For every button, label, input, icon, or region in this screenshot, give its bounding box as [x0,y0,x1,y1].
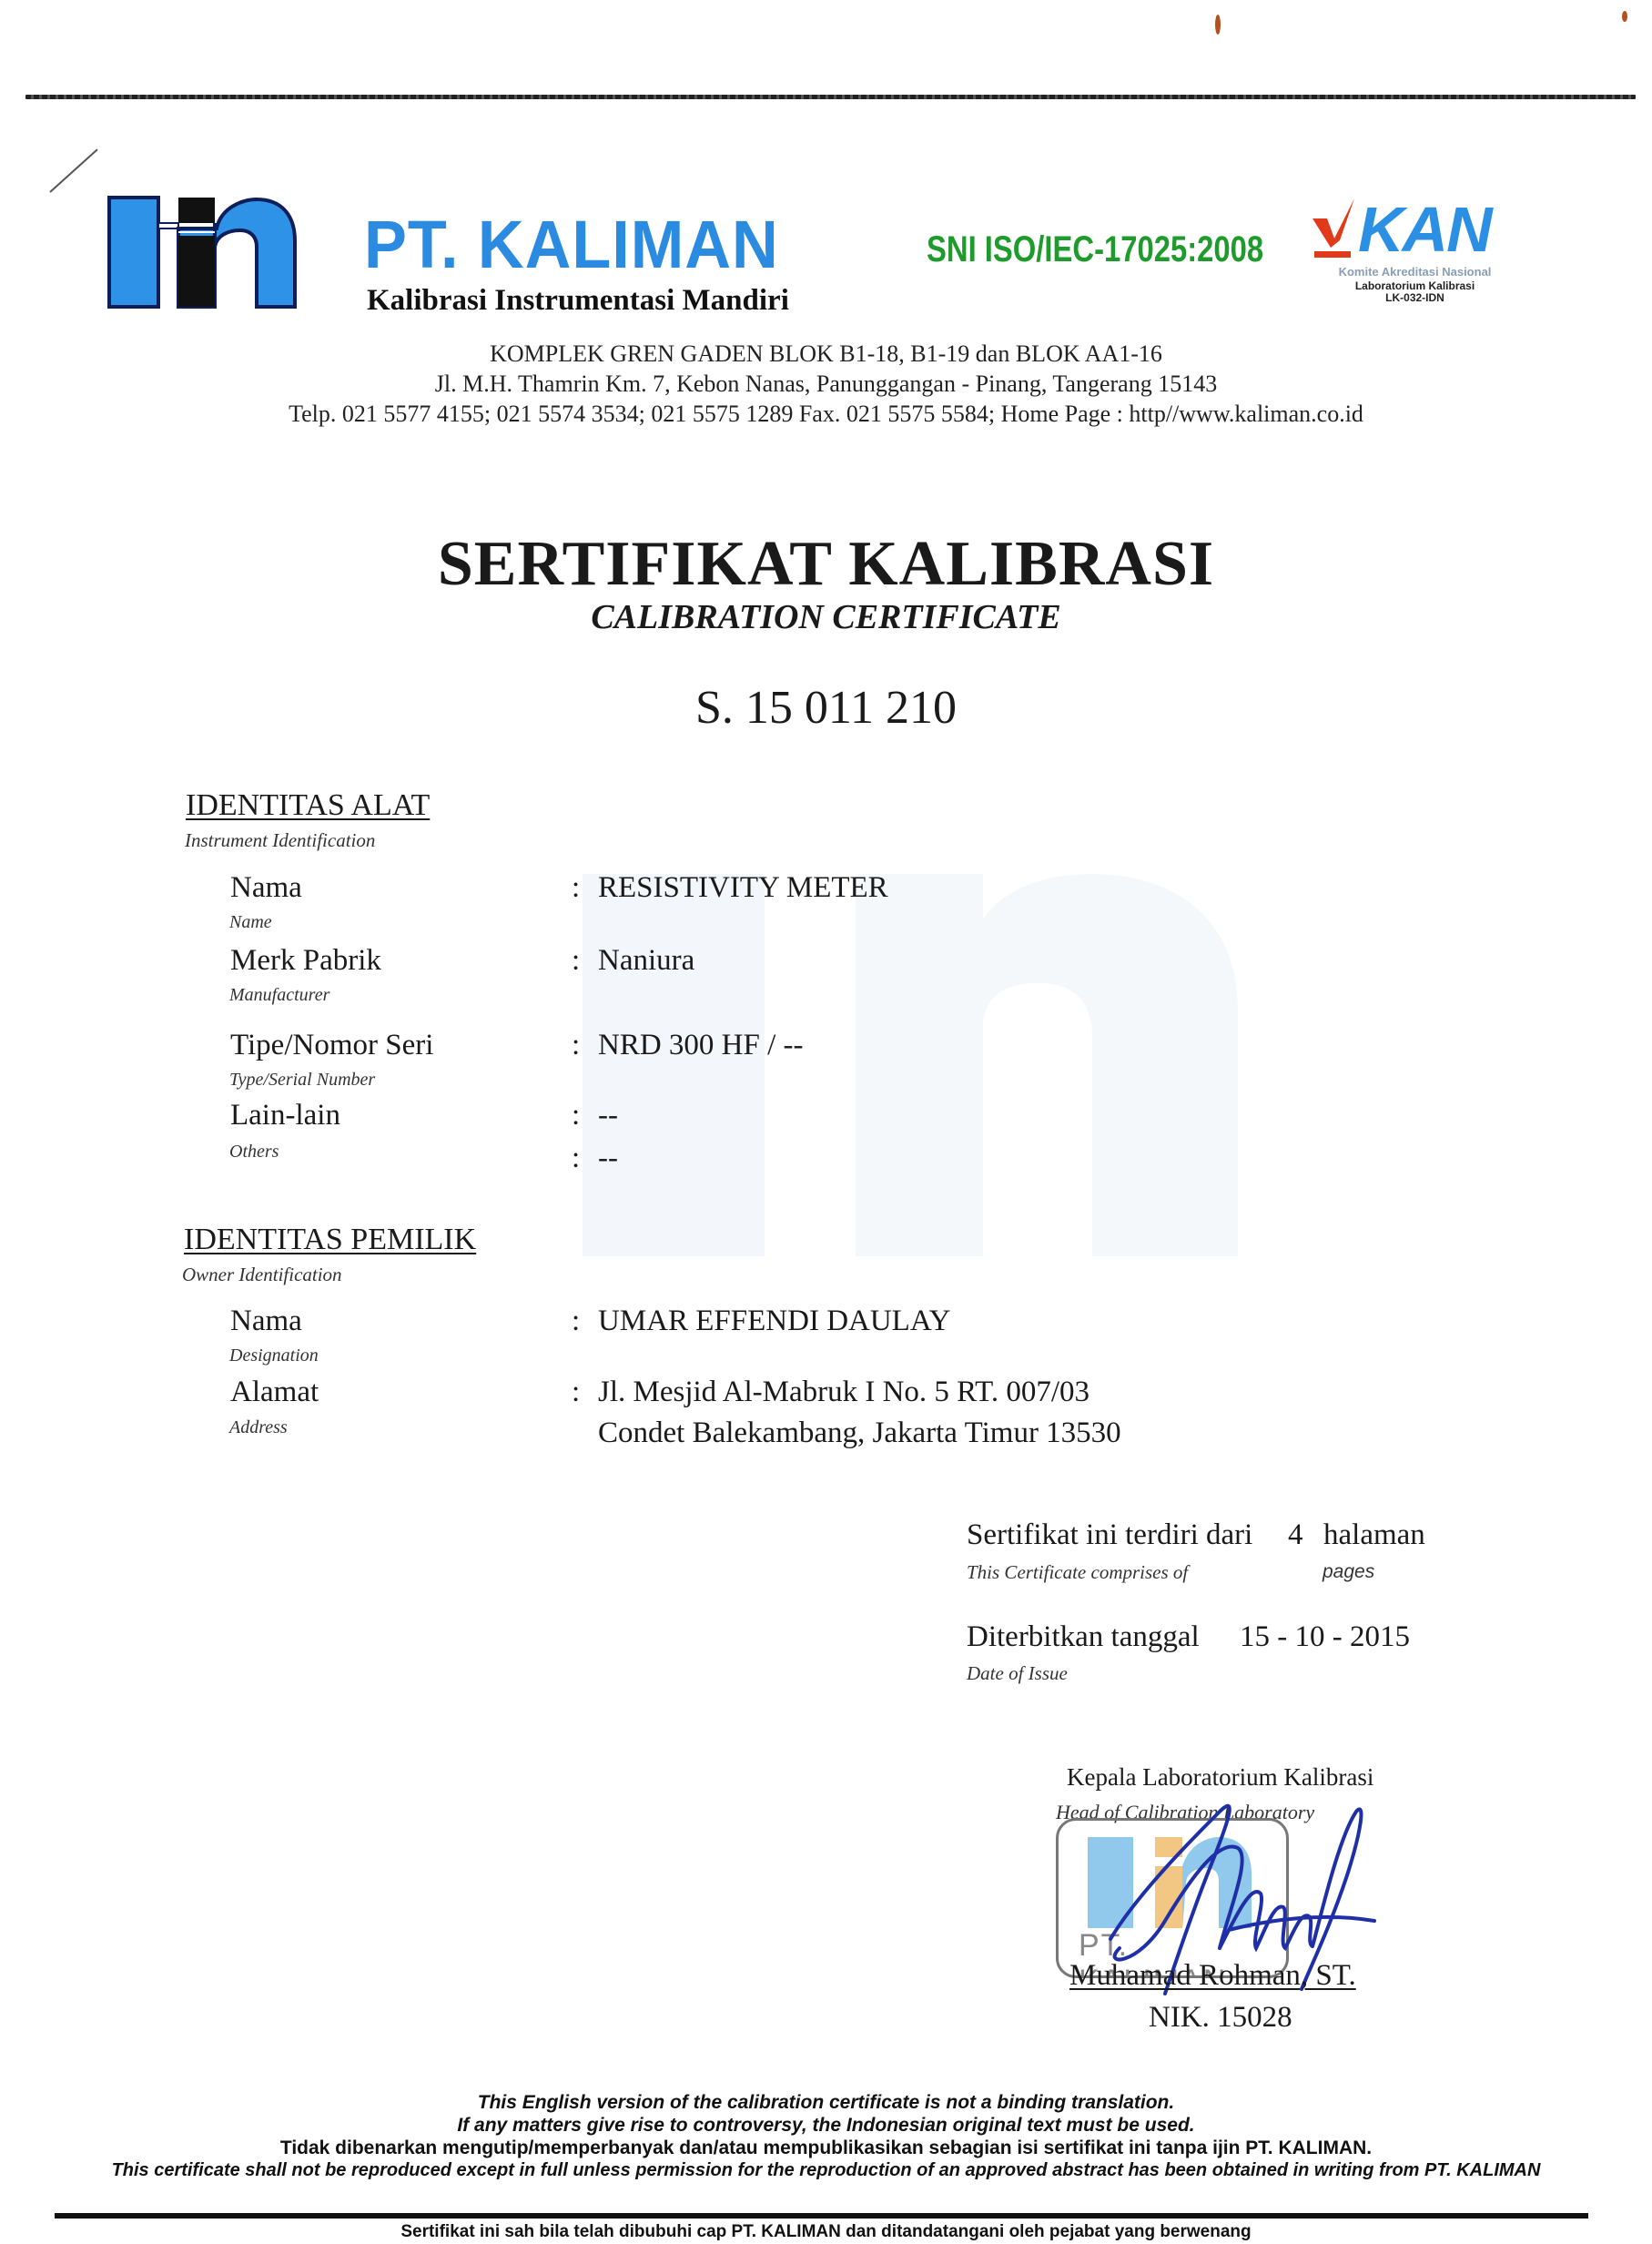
signatory-nik: NIK. 15028 [1149,2001,1292,2035]
kan-logo: KAN Komite Akreditasi Nasional Laborator… [1311,198,1520,315]
pages-unit: halaman [1323,1518,1425,1552]
certificate-number: S. 15 011 210 [0,681,1652,735]
field-label-en: Name [229,912,272,933]
footer-rule [55,2213,1588,2219]
field-label: Merk Pabrik [230,944,381,978]
document-title: SERTIFIKAT KALIBRASI [0,528,1652,601]
kan-lab-type: Laboratorium Kalibrasi LK-032-IDN [1312,280,1517,304]
owner-address-value-2: Condet Balekambang, Jakarta Timur 13530 [598,1416,1121,1450]
scan-speck [1215,15,1221,35]
field-colon: : [572,1305,580,1338]
issue-label-en: Date of Issue [967,1662,1068,1685]
others-value-2: -- [598,1142,618,1175]
kan-lab-code: LK-032-IDN [1312,292,1517,304]
kaliman-logo-icon [107,196,297,309]
validity-note: Sertifikat ini sah bila telah dibubuhi c… [0,2222,1652,2242]
pages-label-en: This Certificate comprises of [967,1561,1188,1584]
field-label: Nama [230,871,302,905]
address-line-2: Jl. M.H. Thamrin Km. 7, Kebon Nanas, Pan… [0,371,1652,398]
signatory-name: Muhamad Rohman, ST. [1069,1959,1356,1993]
field-label-en: Address [229,1417,288,1438]
watermark-logo-icon [583,874,1292,1256]
footer-line-4: This certificate shall not be reproduced… [0,2160,1652,2181]
company-name: PT. KALIMAN [364,206,779,283]
pen-mark [49,148,97,192]
scan-speck [1622,11,1627,22]
footer-line-2: If any matters give rise to controversy,… [0,2115,1652,2137]
field-colon: : [572,1142,580,1175]
company-tagline: Kalibrasi Instrumentasi Mandiri [367,284,789,318]
owner-heading: IDENTITAS PEMILIK [184,1223,476,1257]
field-colon: : [572,871,580,905]
issue-label: Diterbitkan tanggal [967,1620,1200,1654]
field-label-en: Designation [229,1345,319,1366]
kan-full-name: Komite Akreditasi Nasional [1312,265,1517,279]
field-label-en: Manufacturer [229,985,329,1006]
kan-mark: KAN [1358,193,1491,266]
field-colon: : [572,1099,580,1132]
address-line-1: KOMPLEK GREN GADEN BLOK B1-18, B1-19 dan… [0,340,1652,368]
issue-date: 15 - 10 - 2015 [1240,1620,1410,1654]
field-colon: : [572,1376,580,1409]
contact-line: Telp. 021 5577 4155; 021 5574 3534; 021 … [0,401,1652,428]
field-label-en: Type/Serial Number [229,1070,375,1091]
field-label: Alamat [230,1376,319,1409]
footer-line-1: This English version of the calibration … [0,2092,1652,2114]
owner-heading-en: Owner Identification [182,1264,342,1286]
owner-name-value: UMAR EFFENDI DAULAY [598,1305,950,1338]
field-label: Tipe/Nomor Seri [230,1029,433,1062]
manufacturer-value: Naniura [598,944,694,978]
top-rule [25,95,1636,99]
type-serial-value: NRD 300 HF / -- [598,1029,804,1062]
document-subtitle: CALIBRATION CERTIFICATE [0,597,1652,637]
pages-label: Sertifikat ini terdiri dari [967,1518,1252,1552]
instrument-name-value: RESISTIVITY METER [598,871,888,905]
instrument-heading: IDENTITAS ALAT [186,788,430,823]
footer-line-3: Tidak dibenarkan mengutip/memperbanyak d… [0,2137,1652,2159]
field-label-en: Others [229,1142,279,1163]
accreditation-standard: SNI ISO/IEC-17025:2008 [927,229,1263,270]
field-label: Nama [230,1305,302,1338]
field-label: Lain-lain [230,1099,340,1132]
pages-unit-en: pages [1323,1561,1374,1583]
owner-address-value: Jl. Mesjid Al-Mabruk I No. 5 RT. 007/03 [598,1376,1090,1409]
checkmark-icon [1311,198,1365,262]
field-colon: : [572,944,580,978]
instrument-heading-en: Instrument Identification [185,829,375,852]
others-value: -- [598,1099,618,1132]
pages-count: 4 [1288,1518,1303,1552]
field-colon: : [572,1029,580,1062]
